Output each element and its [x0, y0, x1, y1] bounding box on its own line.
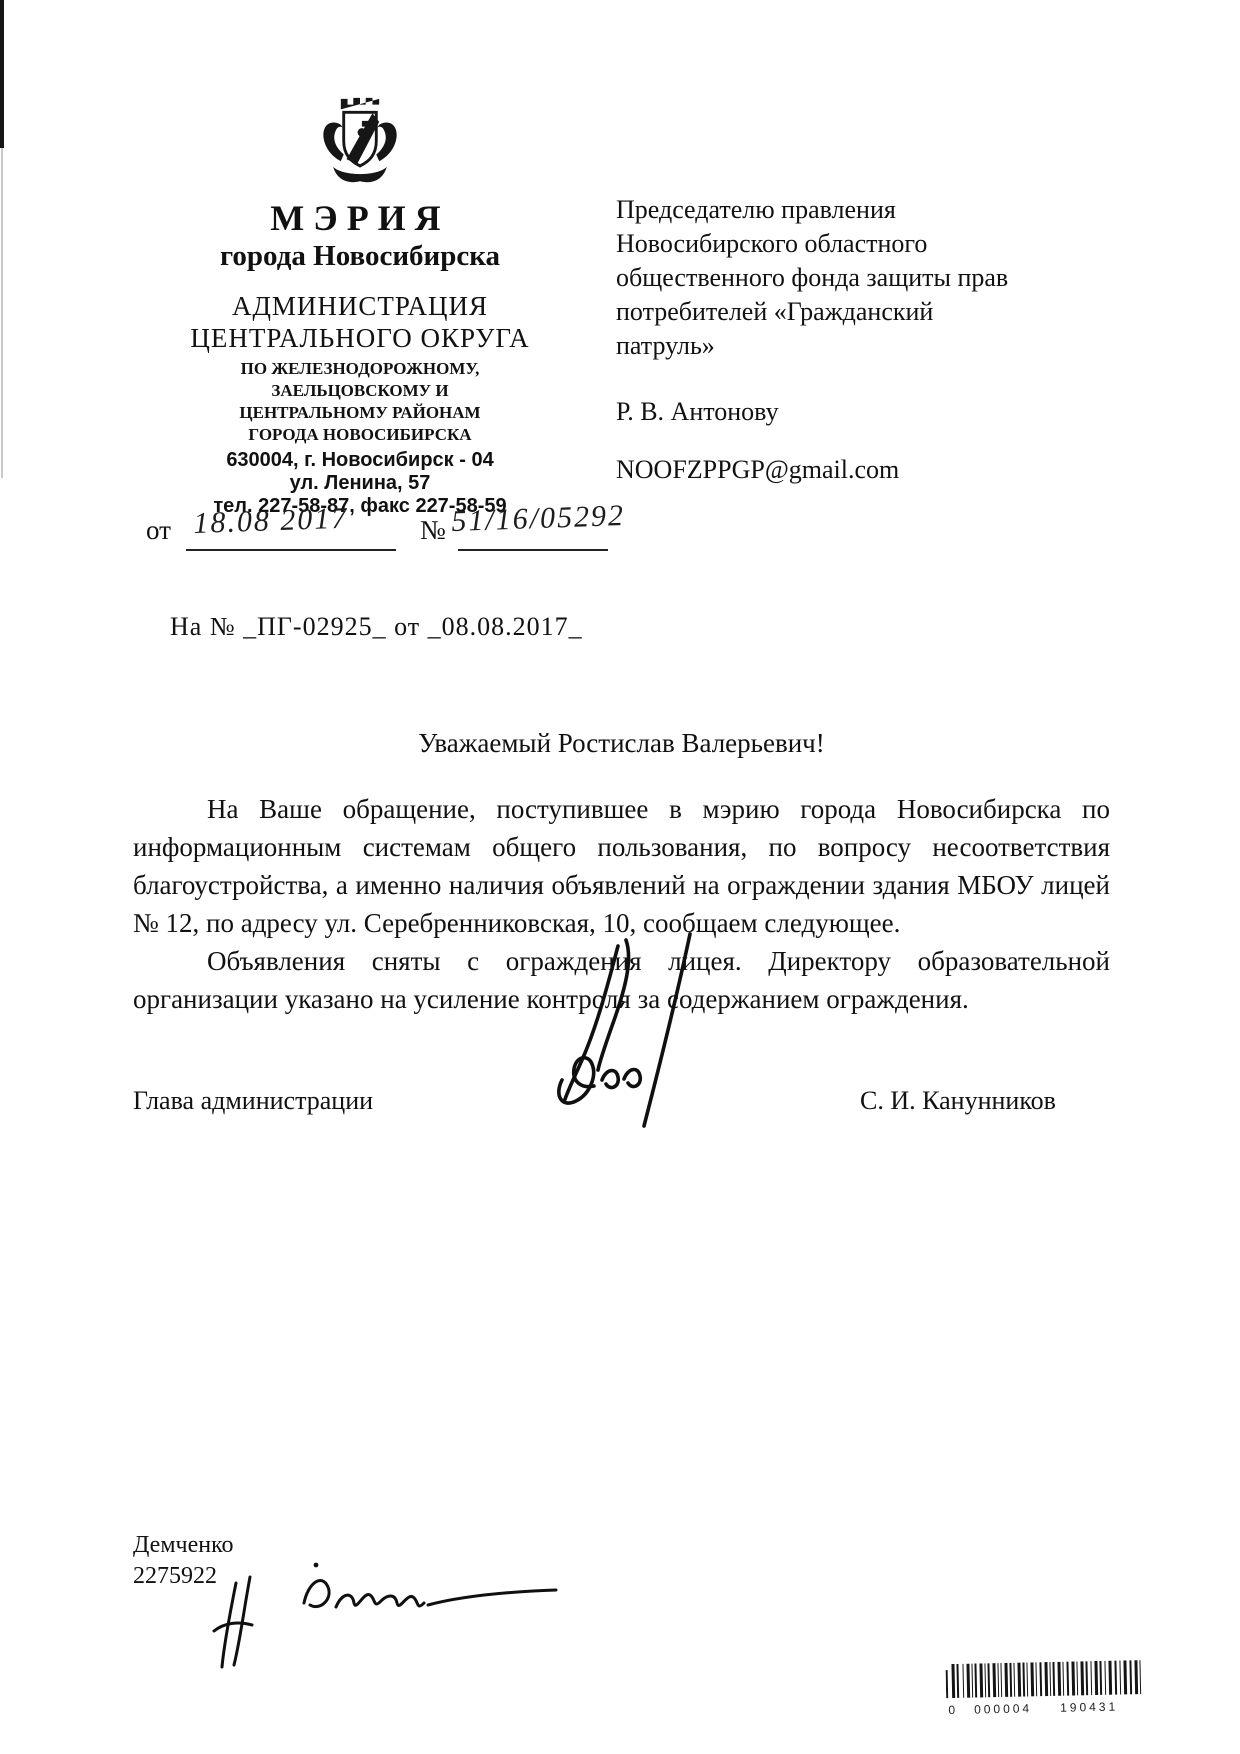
barcode-digit-group: 190431 — [1060, 1700, 1118, 1715]
handwritten-number: 51/16/05292 — [451, 499, 626, 539]
signature-stroke — [540, 928, 700, 1128]
recipient-line: общественного фонда защиты прав — [616, 261, 1116, 295]
recipient-name: Р. В. Антонову — [616, 395, 1116, 429]
date-label: от — [146, 515, 171, 546]
signer-name: С. И. Канунников — [860, 1086, 1070, 1116]
salutation: Уважаемый Ростислав Валерьевич! — [133, 728, 1110, 759]
recipient-line: Председателю правления — [616, 193, 1116, 227]
barcode-digit-group: 0 — [948, 1703, 958, 1717]
recipient-email: NOOFZPPGP@gmail.com — [616, 453, 1116, 487]
scan-edge-artifact-faint — [1, 148, 3, 478]
dept-districts-2: ЗАЕЛЬЦОВСКОМУ И — [140, 380, 580, 402]
barcode-bars — [945, 1660, 1152, 1700]
reference-line: от 18.08 2017 № 51/16/05292 — [146, 505, 616, 553]
dept-districts-3: ЦЕНТРАЛЬНОМУ РАЙОНАМ — [140, 402, 580, 424]
recipient-line: Новосибирского областного — [616, 227, 1116, 261]
street-address: ул. Ленина, 57 — [140, 472, 580, 495]
barcode: 0 000004 190431 — [945, 1660, 1152, 1717]
barcode-digit-group: 000004 — [974, 1701, 1032, 1716]
recipient-line: патруль» — [616, 329, 1116, 363]
date-underline — [186, 549, 396, 551]
dept-line-1: АДМИНИСТРАЦИЯ — [140, 290, 580, 322]
org-subtitle: города Новосибирска — [140, 238, 580, 274]
number-label: № — [420, 515, 446, 546]
dept-districts-1: ПО ЖЕЛЕЗНОДОРОЖНОМУ, — [140, 358, 580, 380]
reply-reference-line: На № _ПГ-02925_ от _08.08.2017_ — [170, 612, 583, 642]
novosibirsk-coat-of-arms-icon — [312, 96, 408, 188]
dept-districts-4: ГОРОДА НОВОСИБИРСКА — [140, 424, 580, 446]
body-paragraph-1: На Ваше обращение, поступившее в мэрию г… — [133, 790, 1110, 942]
executor-signature-stroke — [200, 1545, 580, 1675]
letterhead: МЭРИЯ города Новосибирска АДМИНИСТРАЦИЯ … — [140, 96, 580, 518]
signer-position: Глава администрации — [133, 1086, 373, 1116]
scan-edge-artifact — [0, 0, 4, 148]
barcode-digits: 0 000004 190431 — [946, 1699, 1152, 1717]
recipient-line: потребителей «Гражданский — [616, 295, 1116, 329]
number-underline — [458, 549, 608, 551]
postal-address: 630004, г. Новосибирск - 04 — [140, 449, 580, 472]
scanned-letter-page: МЭРИЯ города Новосибирска АДМИНИСТРАЦИЯ … — [0, 0, 1240, 1754]
dept-line-2: ЦЕНТРАЛЬНОГО ОКРУГА — [140, 322, 580, 354]
recipient-block: Председателю правления Новосибирского об… — [616, 193, 1116, 487]
org-title: МЭРИЯ — [140, 198, 580, 238]
handwritten-date: 18.08 2017 — [193, 502, 349, 541]
